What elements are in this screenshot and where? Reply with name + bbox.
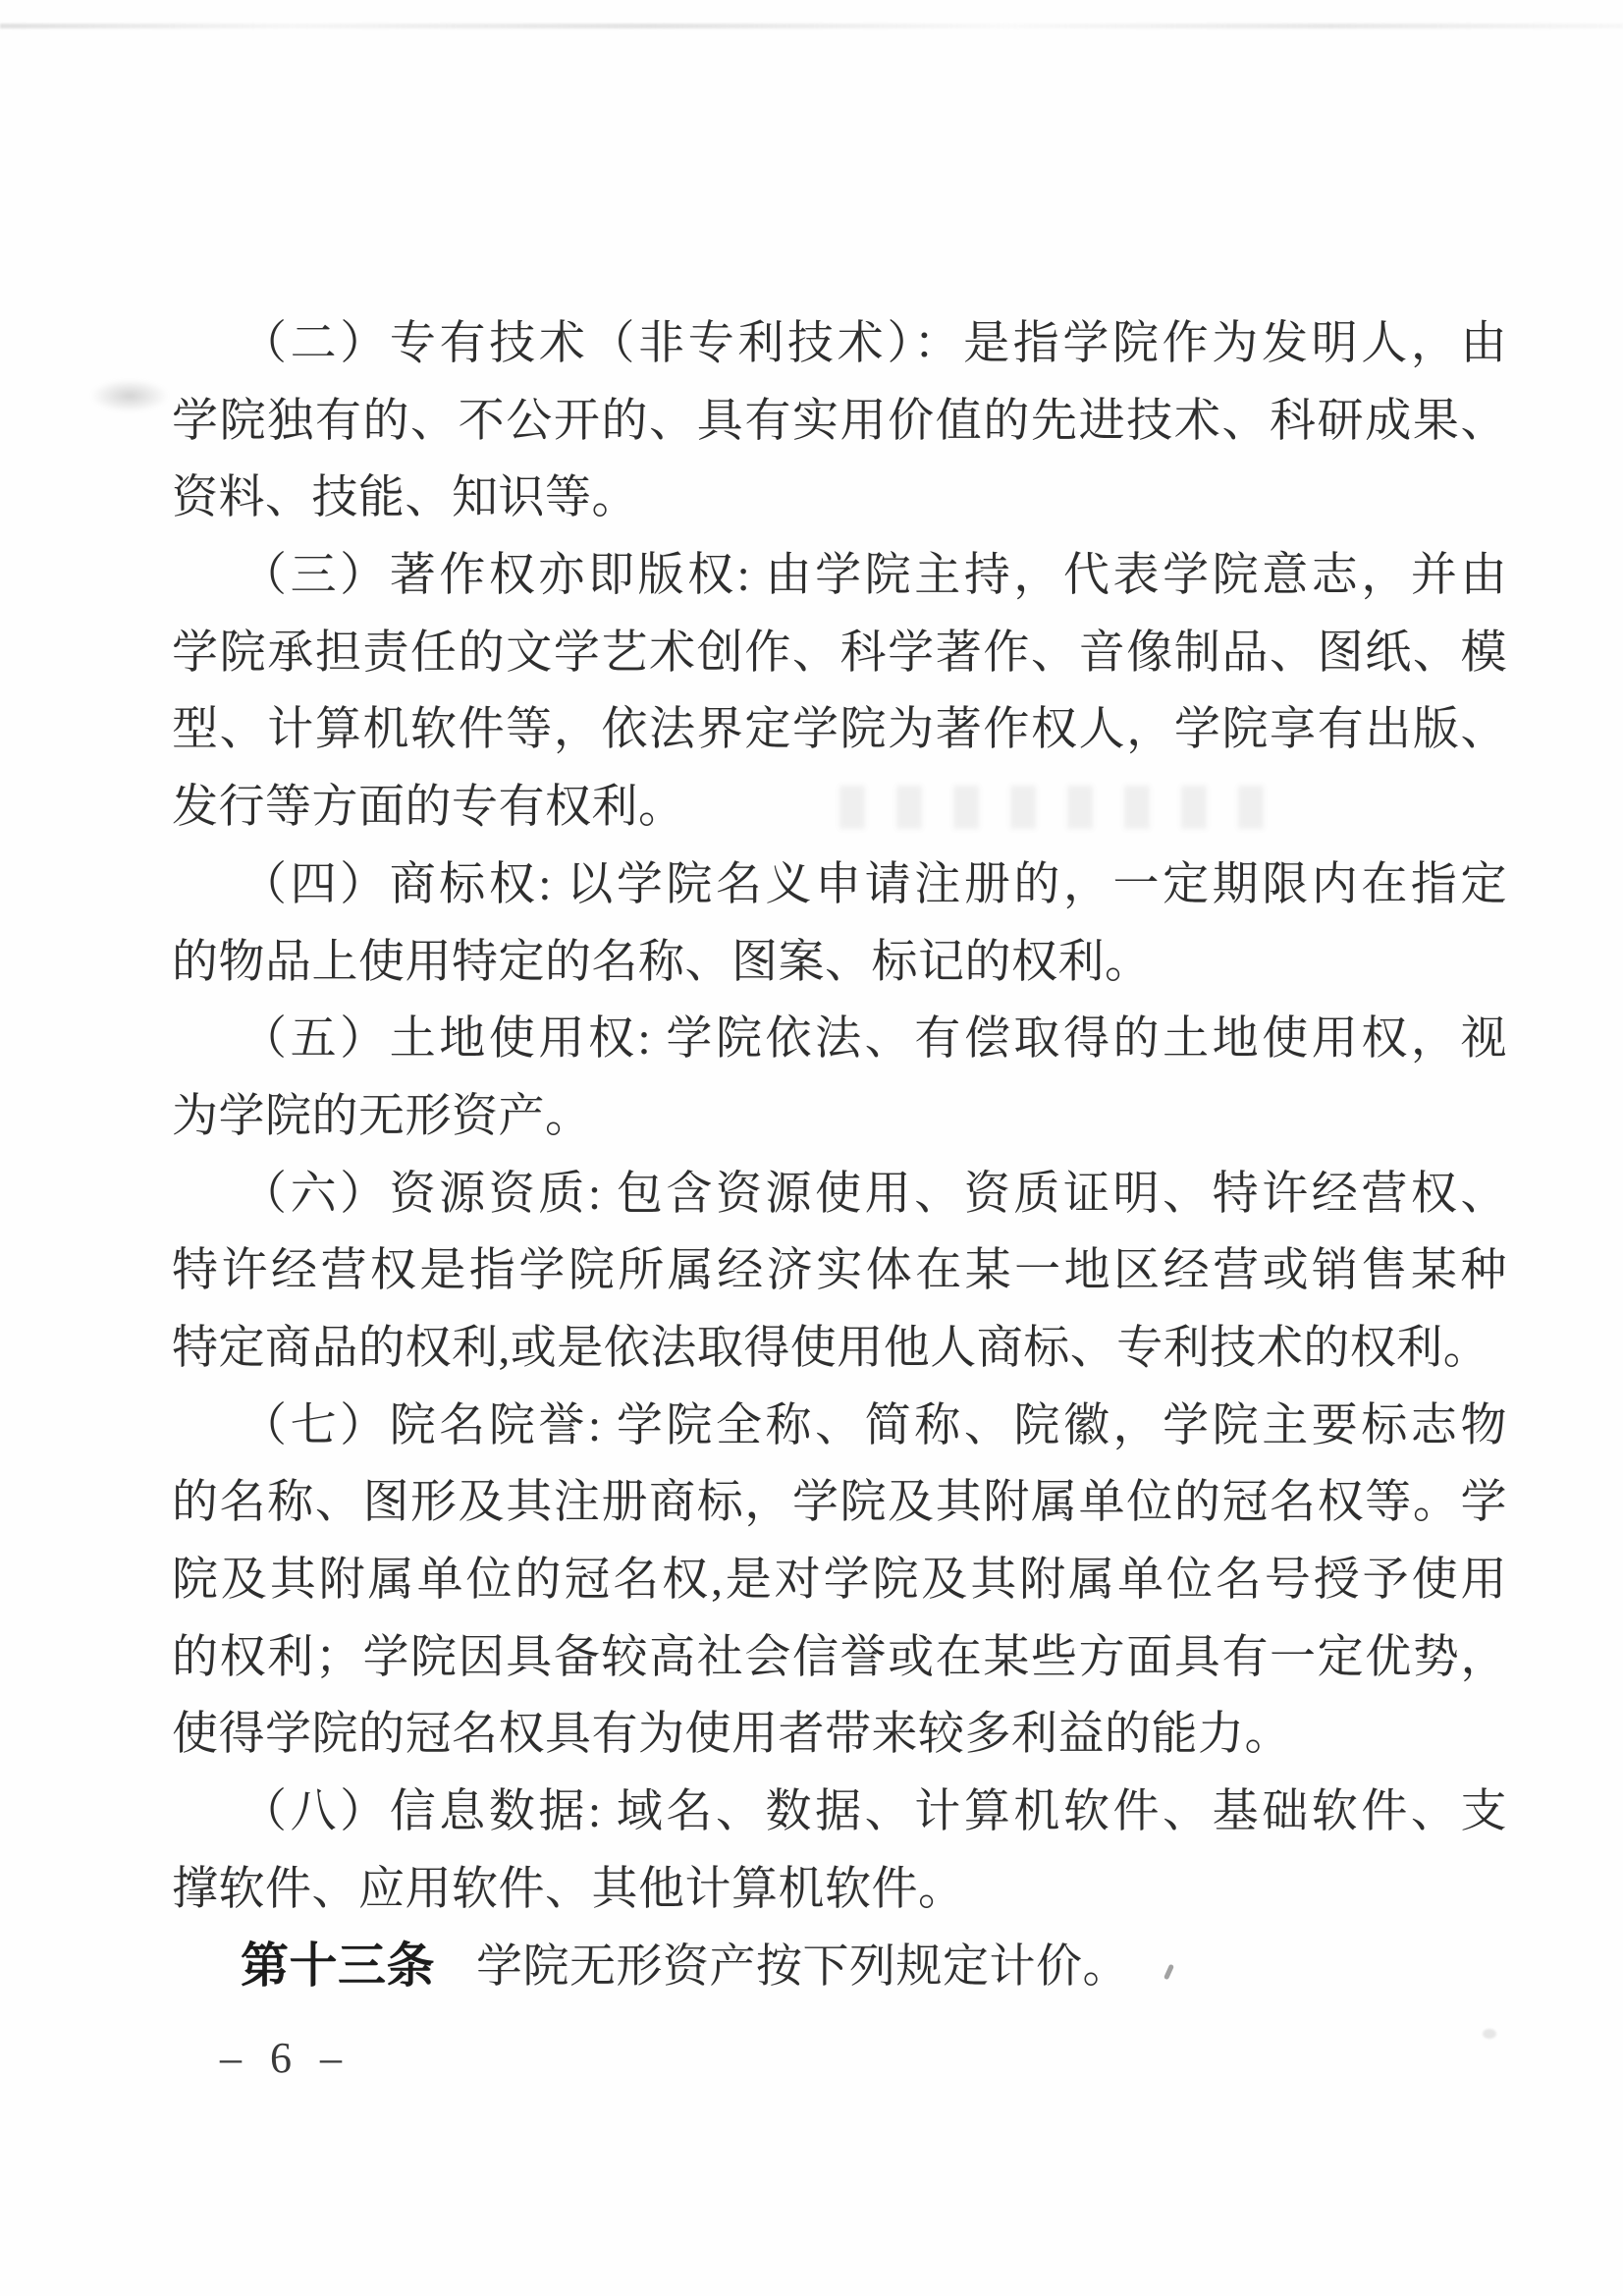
text-line: 撑软件、应用软件、其他计算机软件。 bbox=[172, 1851, 1507, 1929]
line-text: 的物品上使用特定的名称、图案、标记的权利。 bbox=[172, 937, 1152, 988]
text-line: 的权利；学院因具备较高社会信誉或在某些方面具有一定优势， bbox=[172, 1619, 1507, 1697]
line-text: （二）专有技术（非专利技术）：是指学院作为发明人，由 bbox=[241, 318, 1507, 369]
text-line: 特许经营权是指学院所属经济实体在某一地区经营或销售某种 bbox=[172, 1232, 1507, 1310]
line-text: 的权利；学院因具备较高社会信誉或在某些方面具有一定优势， bbox=[172, 1632, 1507, 1683]
text-line: 资料、技能、知识等。 bbox=[172, 460, 1507, 537]
text-line: 的名称、图形及其注册商标，学院及其附属单位的冠名权等。学 bbox=[172, 1464, 1507, 1542]
document-page: （二）专有技术（非专利技术）：是指学院作为发明人，由学院独有的、不公开的、具有实… bbox=[0, 0, 1623, 2296]
line-text: （五）土地使用权: 学院依法、有偿取得的土地使用权，视 bbox=[241, 1013, 1507, 1065]
line-text: （四）商标权: 以学院名义申请注册的，一定期限内在指定 bbox=[241, 859, 1507, 910]
text-line: （七）院名院誉: 学院全称、简称、院徽，学院主要标志物 bbox=[172, 1388, 1507, 1465]
line-text: （三）著作权亦即版权: 由学院主持，代表学院意志，并由 bbox=[241, 550, 1507, 601]
text-line: （六）资源资质: 包含资源使用、资质证明、特许经营权、 bbox=[172, 1156, 1507, 1233]
line-text: 学院独有的、不公开的、具有实用价值的先进技术、科研成果、 bbox=[172, 396, 1507, 447]
text-line: （三）著作权亦即版权: 由学院主持，代表学院意志，并由 bbox=[172, 537, 1507, 615]
text-line: （五）土地使用权: 学院依法、有偿取得的土地使用权，视 bbox=[172, 1001, 1507, 1078]
line-text: （六）资源资质: 包含资源使用、资质证明、特许经营权、 bbox=[241, 1169, 1507, 1220]
line-text: 发行等方面的专有权利。 bbox=[172, 782, 685, 833]
line-text: 学院无形资产按下列规定计价。 bbox=[476, 1941, 1129, 1993]
line-text: （八）信息数据: 域名、数据、计算机软件、基础软件、支 bbox=[241, 1786, 1507, 1837]
text-line: 发行等方面的专有权利。 bbox=[172, 769, 1507, 847]
line-text: 撑软件、应用软件、其他计算机软件。 bbox=[172, 1864, 965, 1915]
line-text: 学院承担责任的文学艺术创作、科学著作、音像制品、图纸、模 bbox=[172, 628, 1507, 679]
text-line: （二）专有技术（非专利技术）：是指学院作为发明人，由 bbox=[172, 305, 1507, 383]
text-line: 的物品上使用特定的名称、图案、标记的权利。 bbox=[172, 924, 1507, 1002]
text-line: 为学院的无形资产。 bbox=[172, 1078, 1507, 1156]
scan-fold-line bbox=[0, 24, 1623, 28]
text-line: （四）商标权: 以学院名义申请注册的，一定期限内在指定 bbox=[172, 847, 1507, 924]
line-text: （七）院名院誉: 学院全称、简称、院徽，学院主要标志物 bbox=[241, 1400, 1507, 1451]
text-line: 型、计算机软件等，依法界定学院为著作权人，学院享有出版、 bbox=[172, 691, 1507, 769]
text-line: 特定商品的权利,或是依法取得使用他人商标、专利技术的权利。 bbox=[172, 1310, 1507, 1388]
line-text: 特定商品的权利,或是依法取得使用他人商标、专利技术的权利。 bbox=[172, 1323, 1489, 1374]
line-text: 型、计算机软件等，依法界定学院为著作权人，学院享有出版、 bbox=[172, 704, 1507, 755]
scan-artifact bbox=[90, 379, 169, 412]
line-text: 院及其附属单位的冠名权,是对学院及其附属单位名号授予使用 bbox=[172, 1555, 1507, 1606]
document-body: （二）专有技术（非专利技术）：是指学院作为发明人，由学院独有的、不公开的、具有实… bbox=[172, 305, 1507, 2005]
text-line: （八）信息数据: 域名、数据、计算机软件、基础软件、支 bbox=[172, 1774, 1507, 1851]
text-line: 第十三条学院无形资产按下列规定计价。 bbox=[172, 1928, 1507, 2005]
page-number: – 6 – bbox=[220, 2033, 351, 2083]
text-line: 学院承担责任的文学艺术创作、科学著作、音像制品、图纸、模 bbox=[172, 615, 1507, 692]
text-line: 院及其附属单位的冠名权,是对学院及其附属单位名号授予使用 bbox=[172, 1542, 1507, 1619]
line-text: 为学院的无形资产。 bbox=[172, 1091, 592, 1142]
text-line: 学院独有的、不公开的、具有实用价值的先进技术、科研成果、 bbox=[172, 383, 1507, 461]
scan-artifact bbox=[1483, 2029, 1496, 2039]
line-text: 资料、技能、知识等。 bbox=[172, 472, 638, 523]
text-line: 使得学院的冠名权具有为使用者带来较多利益的能力。 bbox=[172, 1696, 1507, 1774]
line-text: 的名称、图形及其注册商标，学院及其附属单位的冠名权等。学 bbox=[172, 1477, 1507, 1528]
line-text: 特许经营权是指学院所属经济实体在某一地区经营或销售某种 bbox=[172, 1245, 1507, 1296]
article-number: 第十三条 bbox=[241, 1940, 435, 1993]
line-text: 使得学院的冠名权具有为使用者带来较多利益的能力。 bbox=[172, 1709, 1291, 1760]
